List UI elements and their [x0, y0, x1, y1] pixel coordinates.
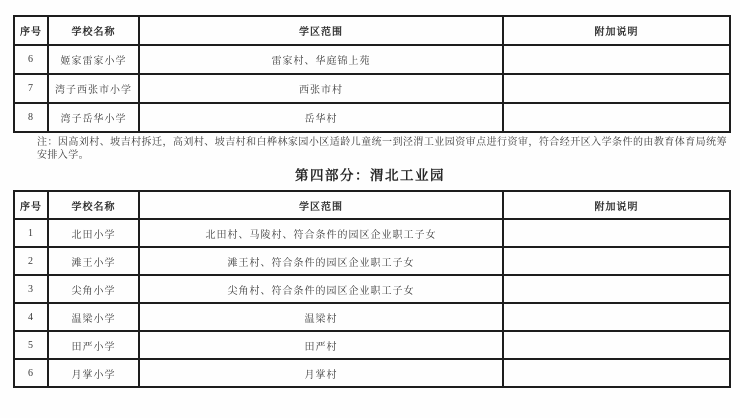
- column-header: 附加说明: [503, 191, 730, 219]
- table-cell: 尖角村、符合条件的园区企业职工子女: [139, 275, 503, 303]
- table-cell: 温梁村: [139, 303, 503, 331]
- column-header: 序号: [14, 16, 48, 45]
- column-header: 学区范围: [139, 191, 503, 219]
- table-header-row: 序号学校名称学区范围附加说明: [14, 191, 730, 219]
- table-cell: 岳华村: [139, 103, 503, 132]
- table-cell: 7: [14, 74, 48, 103]
- table-cell: 湾子岳华小学: [48, 103, 139, 132]
- column-header: 学校名称: [48, 16, 139, 45]
- table-cell: 西张市村: [139, 74, 503, 103]
- table-cell: [503, 303, 730, 331]
- section-title: 第四部分：渭北工业园: [0, 167, 740, 185]
- table-cell: 田严小学: [48, 331, 139, 359]
- table-cell: 滩王小学: [48, 247, 139, 275]
- table-cell: 2: [14, 247, 48, 275]
- table-row: 1北田小学北田村、马陵村、符合条件的园区企业职工子女: [14, 219, 730, 247]
- table-cell: 尖角小学: [48, 275, 139, 303]
- table-cell: [503, 247, 730, 275]
- table-cell: 温梁小学: [48, 303, 139, 331]
- table-cell: [503, 359, 730, 387]
- table-row: 3尖角小学尖角村、符合条件的园区企业职工子女: [14, 275, 730, 303]
- column-header: 序号: [14, 191, 48, 219]
- document-page: 序号学校名称学区范围附加说明 6姬家雷家小学雷家村、华庭锦上苑7湾子西张市小学西…: [0, 0, 740, 418]
- table-cell: 北田小学: [48, 219, 139, 247]
- table-cell: 5: [14, 331, 48, 359]
- table-cell: [503, 103, 730, 132]
- table-header-row: 序号学校名称学区范围附加说明: [14, 16, 730, 45]
- school-district-table-jingwei-continued: 序号学校名称学区范围附加说明 6姬家雷家小学雷家村、华庭锦上苑7湾子西张市小学西…: [13, 15, 731, 133]
- table-cell: [503, 331, 730, 359]
- table-row: 6月掌小学月掌村: [14, 359, 730, 387]
- table-cell: 田严村: [139, 331, 503, 359]
- table-cell: [503, 275, 730, 303]
- table-cell: 4: [14, 303, 48, 331]
- table-cell: 姬家雷家小学: [48, 45, 139, 74]
- table-cell: 月掌村: [139, 359, 503, 387]
- table-cell: 滩王村、符合条件的园区企业职工子女: [139, 247, 503, 275]
- column-header: 学区范围: [139, 16, 503, 45]
- table-row: 6姬家雷家小学雷家村、华庭锦上苑: [14, 45, 730, 74]
- table-cell: 3: [14, 275, 48, 303]
- table-row: 5田严小学田严村: [14, 331, 730, 359]
- table-row: 8湾子岳华小学岳华村: [14, 103, 730, 132]
- table-cell: 6: [14, 45, 48, 74]
- table-cell: 北田村、马陵村、符合条件的园区企业职工子女: [139, 219, 503, 247]
- relocation-note: 注：因高刘村、坡吉村拆迁，高刘村、坡吉村和白桦林家园小区适龄儿童统一到泾渭工业园…: [37, 136, 727, 162]
- table-cell: 湾子西张市小学: [48, 74, 139, 103]
- column-header: 附加说明: [503, 16, 730, 45]
- table-cell: [503, 219, 730, 247]
- table-row: 4温梁小学温梁村: [14, 303, 730, 331]
- column-header: 学校名称: [48, 191, 139, 219]
- table-cell: 月掌小学: [48, 359, 139, 387]
- table-cell: 雷家村、华庭锦上苑: [139, 45, 503, 74]
- table-row: 2滩王小学滩王村、符合条件的园区企业职工子女: [14, 247, 730, 275]
- table-cell: 8: [14, 103, 48, 132]
- table-row: 7湾子西张市小学西张市村: [14, 74, 730, 103]
- table-cell: [503, 74, 730, 103]
- table-cell: [503, 45, 730, 74]
- school-district-table-weibei-industrial-park: 序号学校名称学区范围附加说明 1北田小学北田村、马陵村、符合条件的园区企业职工子…: [13, 190, 731, 388]
- table-cell: 6: [14, 359, 48, 387]
- table-cell: 1: [14, 219, 48, 247]
